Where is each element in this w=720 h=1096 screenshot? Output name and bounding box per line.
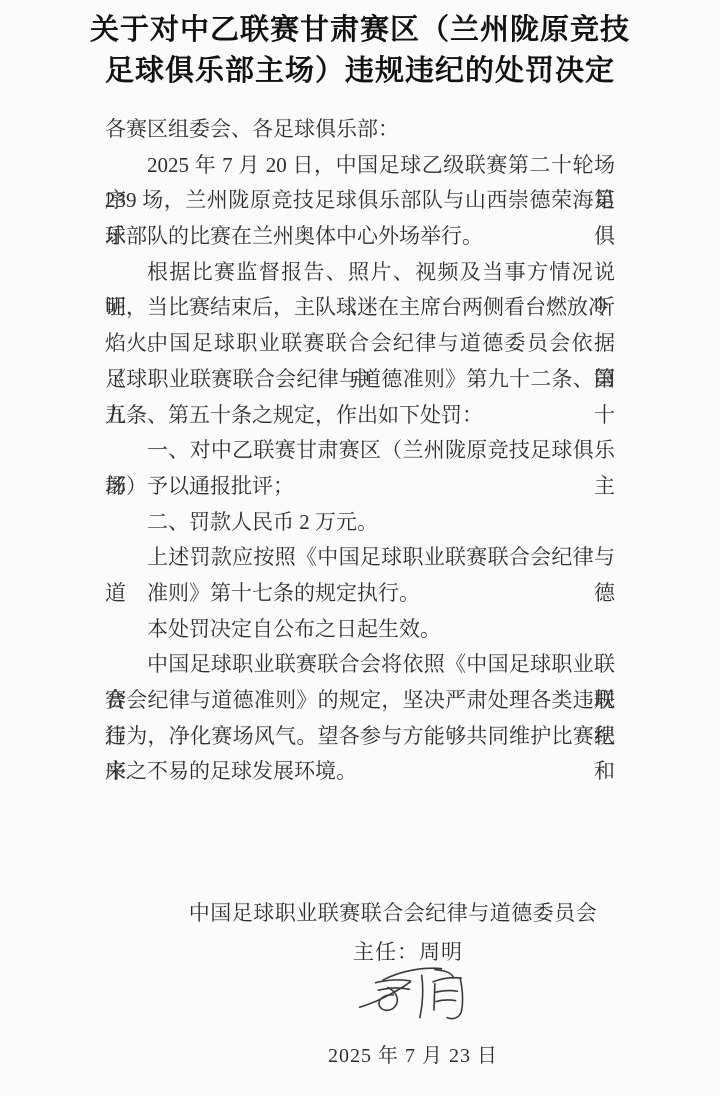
signoff-organization: 中国足球职业联赛联合会纪律与道德委员会 bbox=[0, 900, 720, 926]
body-line-effective-date: 本处罚决定自公布之日起生效。 bbox=[105, 612, 615, 648]
body-line-penalty-1: 一、对中乙联赛甘肃赛区（兰州陇原竞技足球俱乐部主 bbox=[105, 433, 615, 469]
title-line-1: 关于对中乙联赛甘肃赛区（兰州陇原竞技 bbox=[0, 10, 720, 51]
signoff-signer: 主任：周明 bbox=[0, 939, 720, 965]
body-line: 合会纪律与道德准则》的规定，坚决严肃处理各类违规违纪 bbox=[105, 683, 615, 719]
body-line: 中国足球职业联赛联合会纪律与道德委员会依据《中国 bbox=[105, 326, 615, 362]
salutation-line: 各赛区组委会、各足球俱乐部： bbox=[105, 112, 615, 148]
body-line: 中国足球职业联赛联合会将依照《中国足球职业联赛联 bbox=[105, 647, 615, 683]
signature-scrawl-icon bbox=[352, 963, 482, 1043]
body-line: 2025 年 7 月 20 日，中国足球乙级联赛第二十轮场序第 bbox=[105, 148, 615, 184]
body-line: 证，当比赛结束后，主队球迷在主席台两侧看台燃放冷焰火。 bbox=[105, 290, 615, 326]
document-body: 各赛区组委会、各足球俱乐部： 2025 年 7 月 20 日，中国足球乙级联赛第… bbox=[105, 112, 615, 790]
body-line: 239 场，兰州陇原竞技足球俱乐部队与山西崇德荣海足球俱 bbox=[105, 183, 615, 219]
body-line: 足球职业联赛联合会纪律与道德准则》第九十二条、第九十 bbox=[105, 362, 615, 398]
document-page: 关于对中乙联赛甘肃赛区（兰州陇原竞技 足球俱乐部主场）违规违纪的处罚决定 各赛区… bbox=[0, 0, 720, 1096]
body-line-penalty-2: 二、罚款人民币 2 万元。 bbox=[105, 505, 615, 541]
signoff-date: 2025 年 7 月 23 日 bbox=[0, 1043, 720, 1069]
body-line: 上述罚款应按照《中国足球职业联赛联合会纪律与道德 bbox=[105, 540, 615, 576]
body-line: 行为，净化赛场风气。望各参与方能够共同维护比赛秩序和 bbox=[105, 719, 615, 755]
title-line-2: 足球俱乐部主场）违规违纪的处罚决定 bbox=[0, 51, 720, 92]
document-title: 关于对中乙联赛甘肃赛区（兰州陇原竞技 足球俱乐部主场）违规违纪的处罚决定 bbox=[0, 10, 720, 92]
signoff-block: 中国足球职业联赛联合会纪律与道德委员会 主任：周明 2025 年 7 月 23 … bbox=[0, 900, 720, 1069]
body-line: 根据比赛监督报告、照片、视频及当事方情况说明、听 bbox=[105, 255, 615, 291]
